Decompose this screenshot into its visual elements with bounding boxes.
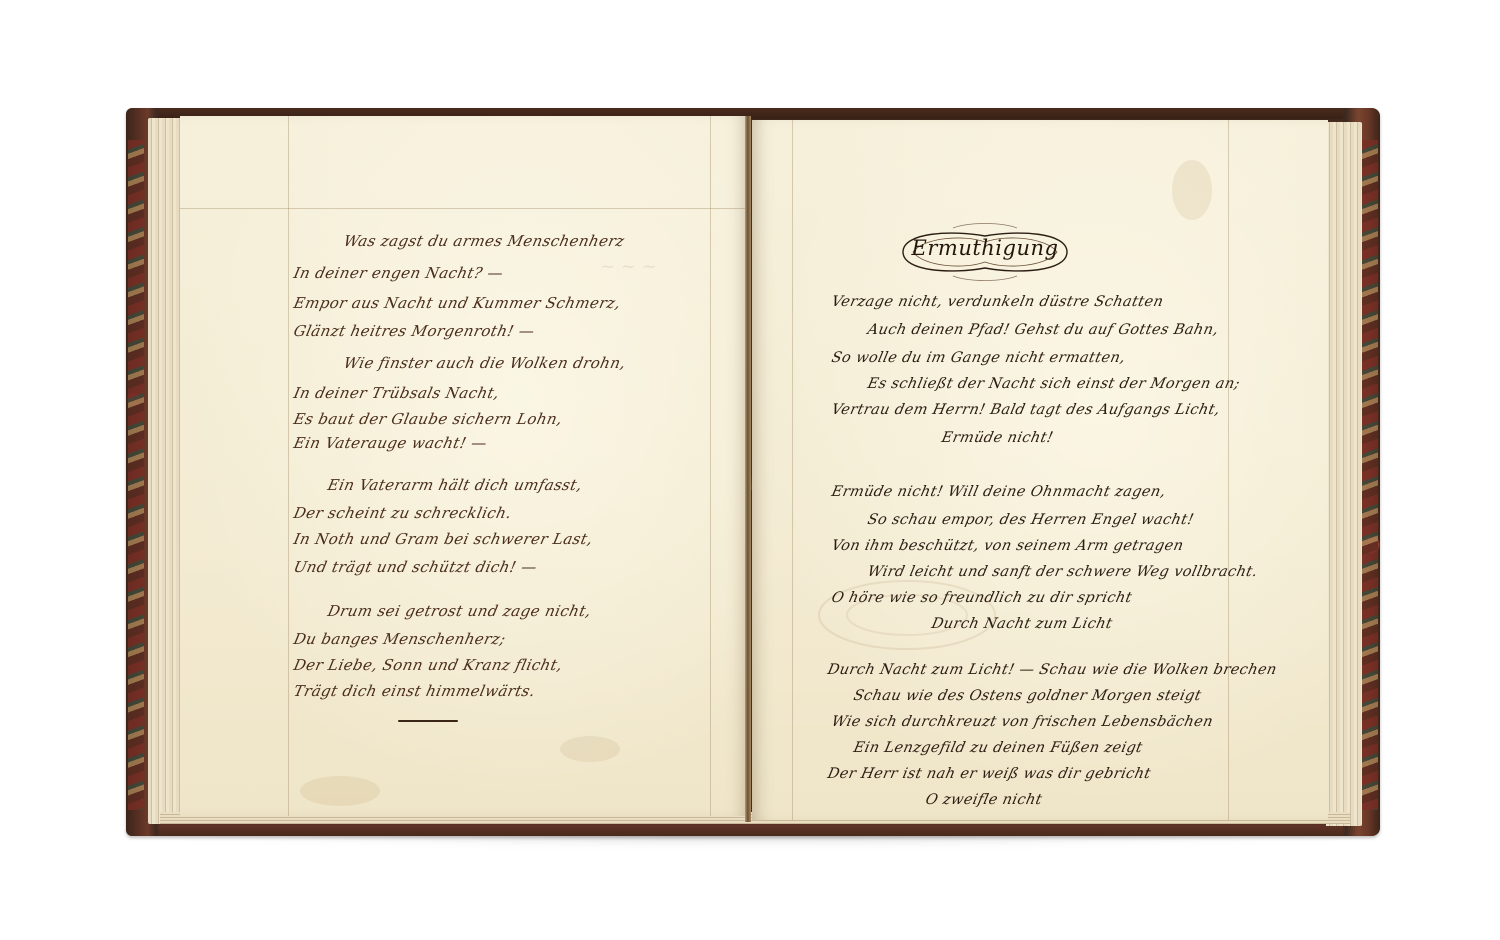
- poem-line: Drum sei getrost und zage nicht,: [326, 602, 593, 620]
- poem-line: Der Liebe, Sonn und Kranz flicht,: [292, 656, 564, 674]
- poem-line: In deiner engen Nacht? —: [292, 264, 505, 282]
- poem-line: Verzage nicht, verdunkeln düstre Schatte…: [830, 294, 1165, 310]
- poem-line: Der scheint zu schrecklich.: [292, 504, 513, 522]
- poem-line: O höre wie so freundlich zu dir spricht: [830, 590, 1134, 606]
- bleed-through-ornament: [812, 570, 1002, 660]
- poem-line: Empor aus Nacht und Kummer Schmerz,: [292, 294, 622, 312]
- poem-line: Auch deinen Pfad! Gehst du auf Gottes Ba…: [866, 322, 1220, 338]
- poem-title: Ermuthigung: [893, 236, 1077, 260]
- paper-stain: [300, 776, 380, 806]
- poem-line: Es baut der Glaube sichern Lohn,: [292, 410, 564, 428]
- poem-line: Ermüde nicht!: [940, 430, 1055, 446]
- poem-line: Von ihm beschützt, von seinem Arm getrag…: [830, 538, 1185, 554]
- header-rule: [180, 208, 748, 209]
- poem-line: Du banges Menschenherz;: [292, 630, 507, 648]
- poem-line: Vertrau dem Herrn! Bald tagt des Aufgang…: [830, 402, 1222, 418]
- photo-scene: ~ ~ ~ Was zagst du armes Menschenherz In…: [0, 0, 1500, 940]
- poem-line: In Noth und Gram bei schwerer Last,: [292, 530, 594, 548]
- poem-line: O zweifle nicht: [924, 792, 1044, 808]
- left-page: ~ ~ ~: [180, 116, 748, 816]
- poem-line: Wird leicht und sanft der schwere Weg vo…: [866, 564, 1259, 580]
- poem-line: Wie finster auch die Wolken drohn,: [342, 354, 628, 372]
- poem-line: Glänzt heitres Morgenroth! —: [292, 322, 536, 340]
- end-flourish-divider: [398, 720, 458, 722]
- poem-line: Der Herr ist nah er weiß was dir gebrich…: [826, 766, 1152, 782]
- poem-line: Es schließt der Nacht sich einst der Mor…: [866, 376, 1242, 392]
- marbled-cover-right: [1362, 140, 1378, 810]
- poem-line: In deiner Trübsals Nacht,: [292, 384, 501, 402]
- poem-line: Wie sich durchkreuzt von frischen Lebens…: [830, 714, 1215, 730]
- margin-rule-left: [792, 120, 793, 820]
- poem-line: Ermüde nicht! Will deine Ohnmacht zagen,: [830, 484, 1167, 500]
- poem-line: Durch Nacht zum Licht! — Schau wie die W…: [826, 662, 1278, 678]
- margin-rule-left: [288, 116, 289, 816]
- title-cartouche: Ermuthigung: [893, 222, 1077, 282]
- margin-rule-right: [710, 116, 711, 816]
- poem-line: So schau empor, des Herren Engel wacht!: [866, 512, 1195, 528]
- poem-line: Durch Nacht zum Licht: [930, 616, 1114, 632]
- margin-rule-right: [1228, 120, 1229, 820]
- poem-line: So wolle du im Gange nicht ermatten,: [830, 350, 1127, 366]
- poem-line: Trägt dich einst himmelwärts.: [292, 682, 537, 700]
- poem-line: Ein Vaterauge wacht! —: [292, 434, 489, 452]
- poem-line: Was zagst du armes Menschenherz: [342, 232, 626, 250]
- poem-line: Ein Vaterarm hält dich umfasst,: [326, 476, 584, 494]
- poem-line: Schau wie des Ostens goldner Morgen stei…: [852, 688, 1203, 704]
- paper-stain: [560, 736, 620, 762]
- paper-stain: [1172, 160, 1212, 220]
- page-edges-left: [148, 118, 182, 824]
- marbled-cover-left: [128, 140, 144, 810]
- page-edges-right: [1326, 122, 1362, 826]
- poem-line: Ein Lenzgefild zu deinen Füßen zeigt: [852, 740, 1144, 756]
- poem-line: Und trägt und schützt dich! —: [292, 558, 539, 576]
- bleed-through-text: ~ ~ ~: [600, 256, 657, 277]
